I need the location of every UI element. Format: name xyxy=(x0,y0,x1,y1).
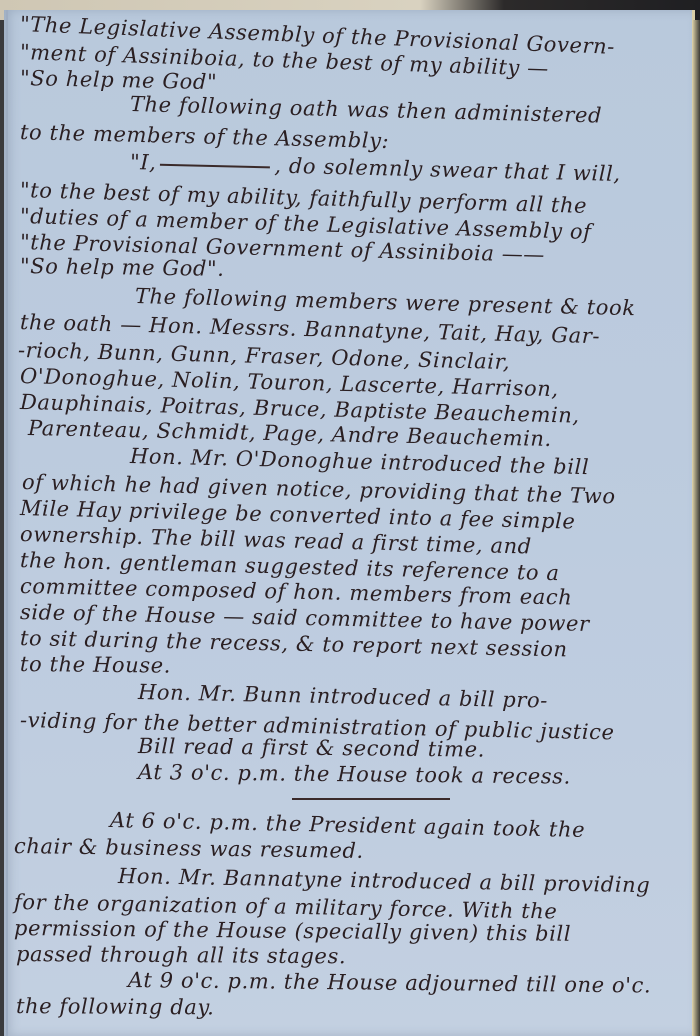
text-line: The following oath was then administered xyxy=(130,92,603,128)
text-line: permission of the House (specially given… xyxy=(14,916,571,946)
text-line: to the members of the Assembly: xyxy=(20,120,390,153)
oath-line: "I,, do solemnly swear that I will, xyxy=(130,150,621,186)
text-line: the following day. xyxy=(16,994,215,1019)
text-line: "So help me God" xyxy=(20,66,218,94)
text-line: "So help me God". xyxy=(20,254,225,281)
handwritten-text: "The Legislative Assembly of the Provisi… xyxy=(0,0,700,1036)
text-line: At 9 o'c. p.m. the House adjourned till … xyxy=(128,968,651,997)
section-divider xyxy=(292,798,450,800)
oath-prefix: "I, xyxy=(130,150,157,175)
text-line: to the House. xyxy=(20,652,171,678)
name-blank xyxy=(160,163,270,168)
oath-suffix: , do solemnly swear that I will, xyxy=(274,154,621,186)
text-line: Bill read a first & second time. xyxy=(138,734,485,762)
text-line: Hon. Mr. Bunn introduced a bill pro- xyxy=(138,680,548,713)
text-line: At 3 o'c. p.m. the House took a recess. xyxy=(138,760,571,789)
text-line: chair & business was resumed. xyxy=(14,834,364,863)
text-line: passed through all its stages. xyxy=(16,942,346,968)
